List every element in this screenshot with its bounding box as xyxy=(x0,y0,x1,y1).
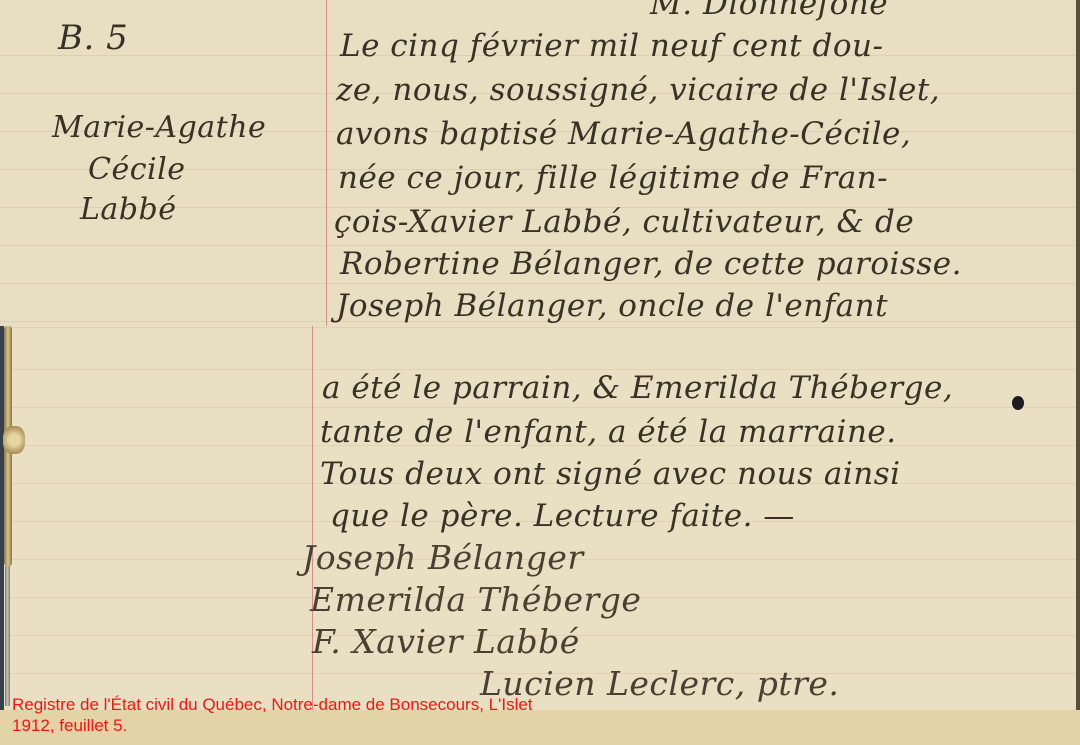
margin-name-line-3: Labbé xyxy=(80,192,176,227)
body-line: çois-Xavier Labbé, cultivateur, & de xyxy=(334,204,914,240)
body-line: née ce jour, fille légitime de Fran- xyxy=(338,160,888,196)
body-line: Tous deux ont signé avec nous ainsi xyxy=(320,456,901,492)
body-line: Robertine Bélanger, de cette paroisse. xyxy=(340,246,962,282)
body-line: ze, nous, soussigné, vicaire de l'Islet, xyxy=(336,72,940,108)
signature-priest: Lucien Leclerc, ptre. xyxy=(480,664,839,703)
ink-blot xyxy=(1012,396,1024,410)
body-line: Le cinq février mil neuf cent dou- xyxy=(340,28,883,64)
scan-fragment-bottom: a été le parrain, & Emerilda Théberge, t… xyxy=(0,326,1080,710)
body-line: que le père. Lecture faite. — xyxy=(330,498,795,534)
entry-number: B. 5 xyxy=(58,18,128,58)
binding-knot xyxy=(3,426,25,454)
source-caption: Registre de l'État civil du Québec, Notr… xyxy=(12,694,533,736)
body-line: a été le parrain, & Emerilda Théberge, xyxy=(322,370,953,406)
page-edge xyxy=(1076,326,1080,710)
binding-cord-lower xyxy=(5,566,10,706)
body-line: tante de l'enfant, a été la marraine. xyxy=(320,414,897,450)
signature-father: F. Xavier Labbé xyxy=(312,622,580,661)
body-line: avons baptisé Marie-Agathe-Cécile, xyxy=(336,116,911,152)
signature-godmother: Emerilda Théberge xyxy=(310,580,641,619)
page-edge xyxy=(1076,0,1080,326)
header-partial: M. Dionnefone xyxy=(650,0,888,22)
margin-name-line-1: Marie-Agathe xyxy=(52,110,266,145)
body-line: Joseph Bélanger, oncle de l'enfant xyxy=(336,288,888,324)
signature-godfather: Joseph Bélanger xyxy=(302,538,584,577)
caption-line-2: 1912, feuillet 5. xyxy=(12,715,533,736)
margin-name-line-2: Cécile xyxy=(88,152,185,187)
scan-fragment-top: M. Dionnefone B. 5 Marie-Agathe Cécile L… xyxy=(0,0,1080,326)
margin-rule xyxy=(326,0,327,326)
caption-line-1: Registre de l'État civil du Québec, Notr… xyxy=(12,694,533,715)
